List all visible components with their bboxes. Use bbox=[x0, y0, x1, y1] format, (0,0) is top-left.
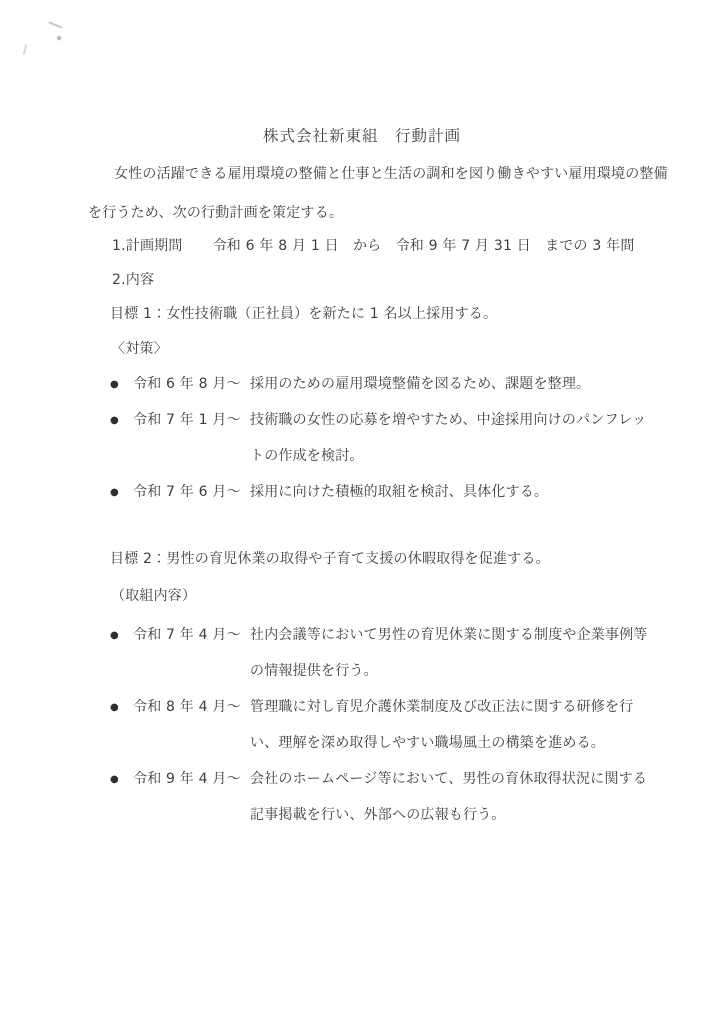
scan-artifact-stroke bbox=[23, 44, 28, 55]
bullet-icon: ● bbox=[110, 702, 119, 715]
item-date: 令和 7 年 6 月～ bbox=[133, 484, 241, 502]
goal2-heading: 目標 2：男性の育児休業の取得や子育て支援の休暇取得を促進する。 bbox=[110, 551, 550, 569]
item-description-line: 採用に向けた積極的取組を検討、具体化する。 bbox=[250, 484, 548, 520]
goal2-measures-label: （取組内容） bbox=[111, 588, 196, 606]
item-description-line: 管理職に対し育児介護休業制度及び改正法に関する研修を行 bbox=[250, 699, 633, 735]
item-date: 令和 7 年 4 月～ bbox=[133, 627, 241, 645]
item-description-line: 技術職の女性の応募を増やすため、中途採用向けのパンフレッ bbox=[250, 412, 646, 448]
section2-label: 2.内容 bbox=[112, 272, 154, 290]
bullet-icon: ● bbox=[110, 774, 119, 787]
plan-period-value: 令和 6 年 8 月 1 日 から 令和 9 年 7 月 31 日 までの 3 … bbox=[213, 238, 635, 254]
goal1-heading: 目標 1：女性技術職（正社員）を新たに 1 名以上採用する。 bbox=[110, 306, 497, 324]
goal1-measures-label: 〈対策〉 bbox=[111, 341, 168, 359]
bullet-icon: ● bbox=[110, 630, 119, 643]
item-description-line: の情報提供を行う。 bbox=[250, 663, 648, 699]
item-description: 採用のための雇用環境整備を図るため、課題を整理。 bbox=[250, 376, 590, 412]
intro-paragraph-line: 女性の活躍できる雇用環境の整備と仕事と生活の調和を図り働きやすい雇用環境の整備 bbox=[114, 166, 668, 184]
item-description: 管理職に対し育児介護休業制度及び改正法に関する研修を行 い、理解を深め取得しやす… bbox=[250, 699, 633, 771]
item-description-line: トの作成を検討。 bbox=[250, 448, 646, 484]
item-description: 会社のホームページ等において、男性の育休取得状況に関する 記事掲載を行い、外部へ… bbox=[250, 771, 647, 843]
item-description: 技術職の女性の応募を増やすため、中途採用向けのパンフレッ トの作成を検討。 bbox=[250, 412, 646, 484]
item-description-line: 採用のための雇用環境整備を図るため、課題を整理。 bbox=[250, 376, 590, 412]
item-description-line: 会社のホームページ等において、男性の育休取得状況に関する bbox=[250, 771, 647, 807]
bullet-icon: ● bbox=[110, 415, 119, 428]
item-date: 令和 7 年 1 月～ bbox=[133, 412, 241, 430]
item-description: 採用に向けた積極的取組を検討、具体化する。 bbox=[250, 484, 548, 520]
item-description: 社内会議等において男性の育児休業に関する制度や企業事例等 の情報提供を行う。 bbox=[250, 627, 648, 699]
scanned-document-page: 株式会社新東組 行動計画 女性の活躍できる雇用環境の整備と仕事と生活の調和を図り… bbox=[0, 0, 724, 1024]
bullet-icon: ● bbox=[110, 487, 119, 500]
bullet-icon: ● bbox=[110, 379, 119, 392]
item-date: 令和 9 年 4 月～ bbox=[133, 771, 241, 789]
plan-period-label: 1.計画期間 bbox=[112, 238, 183, 254]
plan-period-row: 1.計画期間令和 6 年 8 月 1 日 から 令和 9 年 7 月 31 日 … bbox=[112, 238, 635, 256]
scan-artifact-stroke bbox=[48, 21, 62, 28]
item-date: 令和 6 年 8 月～ bbox=[133, 376, 241, 394]
item-date: 令和 8 年 4 月～ bbox=[133, 699, 241, 717]
scan-artifact-dot bbox=[57, 36, 61, 40]
item-description-line: い、理解を深め取得しやすい職場風土の構築を進める。 bbox=[250, 735, 633, 771]
item-description-line: 社内会議等において男性の育児休業に関する制度や企業事例等 bbox=[250, 627, 648, 663]
document-title: 株式会社新東組 行動計画 bbox=[0, 127, 724, 146]
item-description-line: 記事掲載を行い、外部への広報も行う。 bbox=[250, 807, 647, 843]
intro-paragraph-line: を行うため、次の行動計画を策定する。 bbox=[88, 205, 343, 223]
